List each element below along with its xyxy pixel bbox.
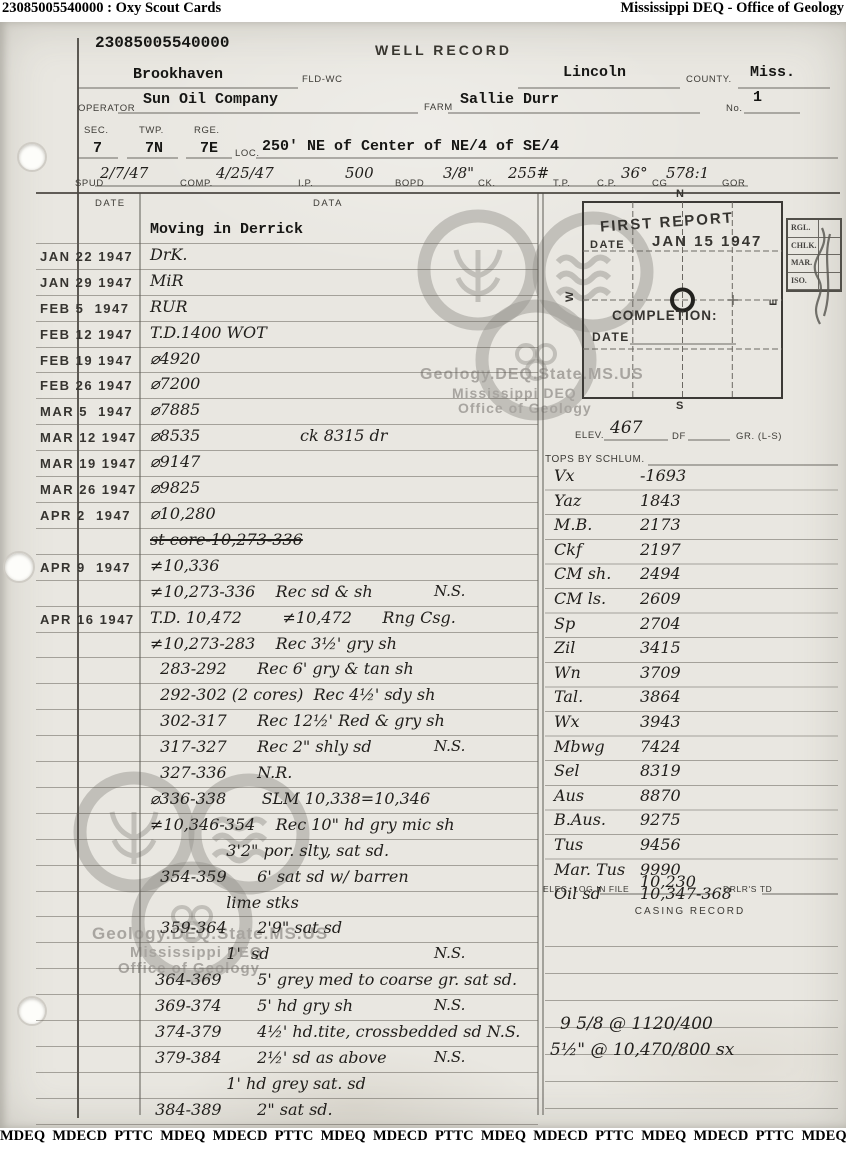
formation-depth: 3709 xyxy=(640,663,681,682)
data-column-header: DATA xyxy=(313,198,343,209)
formation-top-row: 10,230 xyxy=(540,872,840,884)
formation-depth: 2197 xyxy=(640,540,681,559)
log-entry-text: 374-379 4½' hd.tite, crossbedded sd N.S. xyxy=(150,1022,520,1041)
log-entry-text: 1' sd xyxy=(150,944,270,963)
drlrs-td-label: DRLR'S TD xyxy=(723,884,772,894)
formation-name: Sp xyxy=(554,614,575,633)
date-column-header: DATE xyxy=(95,198,126,209)
formation-top-row: Mar. Tus9990 xyxy=(540,860,840,872)
formation-name: Tus xyxy=(554,835,583,854)
spud-row-value: 2/7/47 xyxy=(100,164,148,182)
log-row: APR 2 1947⌀10,280 xyxy=(36,503,538,529)
spud-row-value: 255# xyxy=(508,164,549,182)
log-entry-text: 369-374 5' hd gry sh xyxy=(150,996,353,1015)
checker-signature xyxy=(794,222,842,332)
log-row: 379-384 2½' sd as aboveN.S. xyxy=(36,1047,538,1073)
formation-depth: 2609 xyxy=(640,589,681,608)
log-row: JAN 22 1947DrK. xyxy=(36,244,538,270)
log-entry-ns-note: N.S. xyxy=(434,737,465,755)
formation-top-row: CM sh.2494 xyxy=(540,564,840,589)
formation-name: Yaz xyxy=(554,491,581,510)
formation-name: Wx xyxy=(554,712,579,731)
log-entry-text: 364-369 5' grey med to coarse gr. sat sd… xyxy=(150,970,517,989)
log-entry-ns-note: N.S. xyxy=(434,944,465,962)
first-report-date-stamp: JAN 15 1947 xyxy=(652,233,762,250)
log-row: 292-302 (2 cores) Rec 4½' sdy sh xyxy=(36,684,538,710)
spud-row-label: T.P. xyxy=(553,178,571,189)
formation-depth: 8319 xyxy=(640,761,681,780)
log-entry-text: 1' hd grey sat. sd xyxy=(150,1074,366,1093)
elev-gr-label: GR. (L-S) xyxy=(736,431,782,442)
log-row: 1' sdN.S. xyxy=(36,943,538,969)
formation-depth: 3943 xyxy=(640,712,681,731)
log-entry-text: 359-364 2'9" sat sd xyxy=(150,918,342,937)
spud-row-value: 36° xyxy=(621,164,648,182)
formation-name: Vx xyxy=(554,466,575,485)
formation-top-row: Wx3943 xyxy=(540,712,840,737)
casing-record-header: CASING RECORD xyxy=(540,906,840,917)
log-row: 302-317 Rec 12½' Red & gry sh xyxy=(36,710,538,736)
formation-name: B.Aus. xyxy=(554,810,606,829)
log-row: lime stks xyxy=(36,892,538,918)
log-entry-text: Moving in Derrick xyxy=(150,221,303,238)
log-entry-ns-note: N.S. xyxy=(434,582,465,600)
elev-value: 467 xyxy=(610,418,642,438)
viewer-header-bar: 23085005540000 : Oxy Scout Cards Mississ… xyxy=(0,0,846,22)
log-entry-text: lime stks xyxy=(150,893,299,912)
log-entry-text: ≠10,273-283 Rec 3½' gry sh xyxy=(150,634,397,653)
viewer-header-left: 23085005540000 : Oxy Scout Cards xyxy=(2,0,221,17)
formation-top-row: M.B.2173 xyxy=(540,515,840,540)
formation-top-row: Tal.3864 xyxy=(540,687,840,712)
log-entry-text: T.D. 10,472 ≠10,472 Rng Csg. xyxy=(150,608,456,627)
formation-top-row: Vx-1693 xyxy=(540,466,840,491)
formation-name: Aus xyxy=(554,786,584,805)
elev-df-label: DF xyxy=(672,431,686,442)
log-entry-text: ⌀7885 xyxy=(150,400,200,419)
formation-depth: 3864 xyxy=(640,687,681,706)
formation-depth: 2494 xyxy=(640,564,681,583)
log-row: 364-369 5' grey med to coarse gr. sat sd… xyxy=(36,969,538,995)
log-row: MAR 19 1947⌀9147 xyxy=(36,451,538,477)
scout-card-viewer: 23085005540000 : Oxy Scout Cards Mississ… xyxy=(0,0,846,1152)
log-row: MAR 26 1947⌀9825 xyxy=(36,477,538,503)
spud-row-label: COMP. xyxy=(180,178,213,189)
formation-name: Zil xyxy=(554,638,575,657)
surface-casing-entry: 9 5/8 @ 1120/400 xyxy=(560,1014,713,1034)
log-row: 374-379 4½' hd.tite, crossbedded sd N.S. xyxy=(36,1021,538,1047)
log-row: 359-364 2'9" sat sd xyxy=(36,917,538,943)
log-entry-text: ≠10,346-354 Rec 10" hd gry mic sh xyxy=(150,815,455,834)
log-row: ≠10,273-283 Rec 3½' gry sh xyxy=(36,633,538,659)
viewer-footer-bar: MDEQ MDECD PTTC MDEQ MDECD PTTC MDEQ MDE… xyxy=(0,1128,846,1152)
log-entry-text: T.D.1400 WOT xyxy=(150,323,267,342)
log-entry-text: ≠10,273-336 Rec sd & sh xyxy=(150,582,373,601)
log-row: FEB 19 1947⌀4920 xyxy=(36,348,538,374)
log-row: MAR 12 1947⌀8535ck 8315 dr xyxy=(36,425,538,451)
hole-punch-middle xyxy=(3,551,35,583)
elev-label: ELEV. xyxy=(575,430,604,441)
log-entry-text: RUR xyxy=(150,297,188,316)
log-row: Moving in Derrick xyxy=(36,218,538,244)
formation-top-row: Yaz1843 xyxy=(540,491,840,516)
log-entry-text: ⌀4920 xyxy=(150,349,200,368)
completion-stamp: COMPLETION: xyxy=(612,308,718,323)
elec-log-label: ELEC. LOG IN FILE xyxy=(543,884,629,894)
log-row: 327-336 N.R. xyxy=(36,762,538,788)
log-entry-ns-note: N.S. xyxy=(434,996,465,1014)
log-row: 384-389 2" sat sd. xyxy=(36,1099,538,1125)
formation-top-row: CM ls.2609 xyxy=(540,589,840,614)
log-row: MAR 5 1947⌀7885 xyxy=(36,399,538,425)
log-entry-text: ⌀10,280 xyxy=(150,504,216,523)
formation-top-row: Zil3415 xyxy=(540,638,840,663)
spud-row-value: 500 xyxy=(345,164,374,182)
log-row: APR 16 1947T.D. 10,472 ≠10,472 Rng Csg. xyxy=(36,607,538,633)
formation-top-row: Sel8319 xyxy=(540,761,840,786)
formation-depth: 2704 xyxy=(640,614,681,633)
log-row: FEB 5 1947RUR xyxy=(36,296,538,322)
log-entry-text: 327-336 N.R. xyxy=(150,763,292,782)
log-row: ⌀336-338 SLM 10,338=10,346 xyxy=(36,788,538,814)
drilling-log: Moving in DerrickJAN 22 1947DrK.JAN 29 1… xyxy=(36,218,538,1151)
log-entry-text: 292-302 (2 cores) Rec 4½' sdy sh xyxy=(150,685,435,704)
log-row: JAN 29 1947MiR xyxy=(36,270,538,296)
formation-top-row: Mbwg7424 xyxy=(540,737,840,762)
log-entry-text: ≠10,336 xyxy=(150,556,219,575)
log-row: 283-292 Rec 6' gry & tan sh xyxy=(36,658,538,684)
spud-row-value: 3/8" xyxy=(443,164,474,182)
formation-depth: 1843 xyxy=(640,491,681,510)
log-entry-note: ck 8315 dr xyxy=(300,426,387,445)
log-row: 3'2" por. slty, sat sd. xyxy=(36,840,538,866)
spud-row-label: I.P. xyxy=(298,178,313,189)
formation-name: CM ls. xyxy=(554,589,606,608)
plat-south-label: S xyxy=(676,400,684,412)
formation-name: Wn xyxy=(554,663,581,682)
log-row: 1' hd grey sat. sd xyxy=(36,1073,538,1099)
formation-name: Mbwg xyxy=(554,737,605,756)
spud-row-label: C.P. xyxy=(597,178,617,189)
formation-depth: 9275 xyxy=(640,810,681,829)
first-report-date-label: DATE xyxy=(590,239,625,251)
spud-row-label: BOPD xyxy=(395,178,424,189)
log-entry-text: st core-10,273-336 xyxy=(150,530,303,549)
spud-row-label: CK. xyxy=(478,178,496,189)
formation-top-row: Aus8870 xyxy=(540,786,840,811)
formation-depth: 7424 xyxy=(640,737,681,756)
completion-date-label: DATE xyxy=(592,330,630,344)
well-record-card-scan: Geology.DEQ.State.MS.US Mississippi DEQ … xyxy=(0,22,846,1128)
formation-top-row: B.Aus.9275 xyxy=(540,810,840,835)
spud-comp-row: SPUD2/7/47COMP.4/25/47I.P.500BOPD3/8"CK.… xyxy=(0,22,846,192)
formation-name: M.B. xyxy=(554,515,592,534)
log-entry-text: MiR xyxy=(150,271,184,290)
formation-top-row: Sp2704 xyxy=(540,614,840,639)
log-entry-text: ⌀8535 xyxy=(150,426,200,445)
log-entry-text: 379-384 2½' sd as above xyxy=(150,1048,387,1067)
log-entry-text: 354-359 6' sat sd w/ barren xyxy=(150,867,409,886)
log-row: ≠10,346-354 Rec 10" hd gry mic sh xyxy=(36,814,538,840)
log-entry-text: ⌀336-338 SLM 10,338=10,346 xyxy=(150,789,430,808)
log-row: ≠10,273-336 Rec sd & shN.S. xyxy=(36,581,538,607)
log-row: st core-10,273-336 xyxy=(36,529,538,555)
plat-west-label: W xyxy=(564,290,576,302)
log-row: FEB 26 1947⌀7200 xyxy=(36,373,538,399)
production-casing-entry: 5½" @ 10,470/800 sx xyxy=(550,1040,734,1060)
log-entry-text: ⌀9825 xyxy=(150,478,200,497)
log-entry-ns-note: N.S. xyxy=(434,1048,465,1066)
formation-top-row: Tus9456 xyxy=(540,835,840,860)
log-entry-text: 384-389 2" sat sd. xyxy=(150,1100,333,1119)
formation-name: Tal. xyxy=(554,687,583,706)
log-entry-text: 317-327 Rec 2" shly sd xyxy=(150,737,372,756)
log-row: 354-359 6' sat sd w/ barren xyxy=(36,866,538,892)
spud-row-value: 578:1 xyxy=(666,164,709,182)
formation-depth: 8870 xyxy=(640,786,681,805)
log-row: FEB 12 1947T.D.1400 WOT xyxy=(36,322,538,348)
log-row: 317-327 Rec 2" shly sdN.S. xyxy=(36,736,538,762)
viewer-header-right: Mississippi DEQ - Office of Geology xyxy=(620,0,844,17)
tops-header: TOPS BY SCHLUM. xyxy=(545,454,645,465)
log-entry-text: ⌀9147 xyxy=(150,452,200,471)
formation-depth: -1693 xyxy=(640,466,686,485)
formation-name: Sel xyxy=(554,761,580,780)
formation-depth: 10,347-368 xyxy=(640,884,732,903)
formation-top-row: Ckf2197 xyxy=(540,540,840,565)
formation-depth: 3415 xyxy=(640,638,681,657)
spud-row-value: 4/25/47 xyxy=(216,164,274,182)
formation-name: Ckf xyxy=(554,540,582,559)
formation-top-row: Wn3709 xyxy=(540,663,840,688)
formation-depth: 2173 xyxy=(640,515,681,534)
plat-east-label: E xyxy=(769,297,780,305)
log-row: APR 9 1947≠10,336 xyxy=(36,555,538,581)
formation-name: CM sh. xyxy=(554,564,611,583)
log-entry-text: 302-317 Rec 12½' Red & gry sh xyxy=(150,711,445,730)
spud-row-label: GOR xyxy=(722,178,745,189)
log-entry-text: ⌀7200 xyxy=(150,374,200,393)
log-entry-text: DrK. xyxy=(150,245,188,264)
plat-north-label: N xyxy=(676,188,685,200)
formation-depth: 9456 xyxy=(640,835,681,854)
log-entry-text: 3'2" por. slty, sat sd. xyxy=(150,841,389,860)
log-row: 369-374 5' hd gry shN.S. xyxy=(36,995,538,1021)
log-entry-text: 283-292 Rec 6' gry & tan sh xyxy=(150,659,414,678)
